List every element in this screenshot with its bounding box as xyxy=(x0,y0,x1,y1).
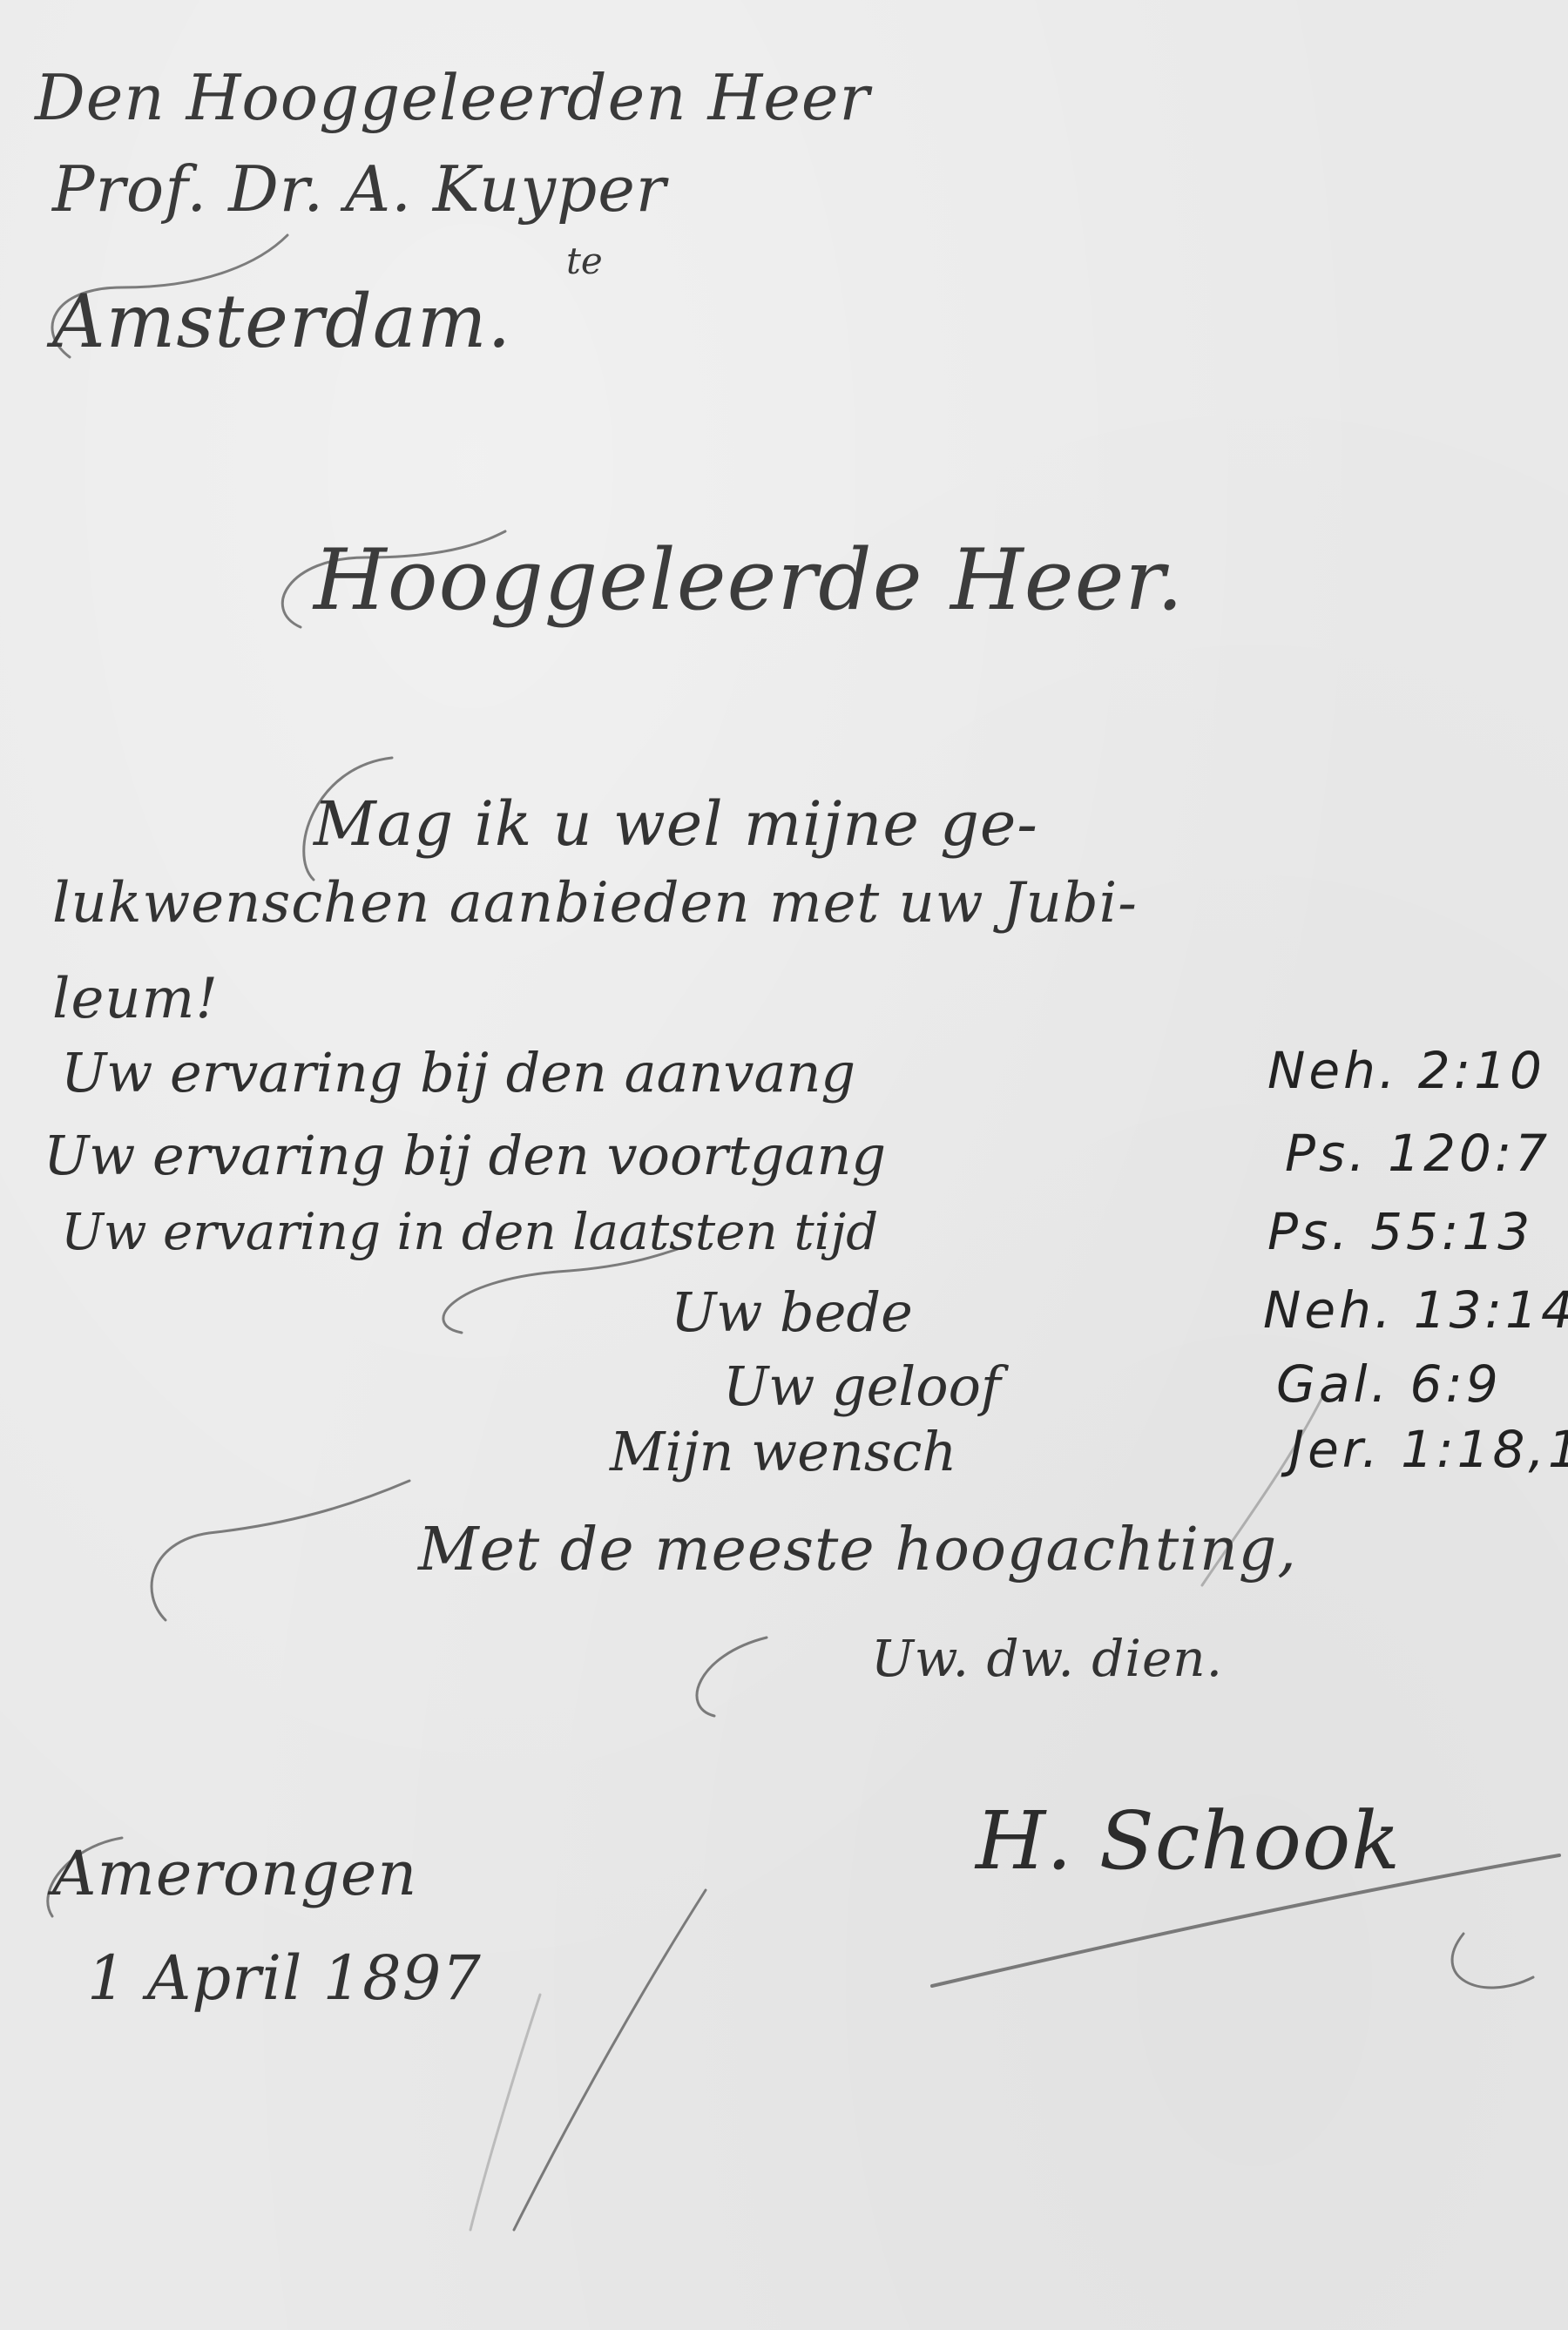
experience-text: Uw bede xyxy=(671,1280,913,1344)
experience-text: Uw ervaring bij den aanvang xyxy=(61,1041,855,1104)
experience-row: Uw ervaring in den laatsten tijd Ps. 55:… xyxy=(0,1202,1568,1289)
experience-row: Uw ervaring bij den aanvang Neh. 2:10 xyxy=(0,1041,1568,1128)
opening-line-1: Mag ik u wel mijne ge- xyxy=(314,788,1038,860)
experience-text: Uw geloof xyxy=(723,1354,1001,1418)
scripture-reference: Gal. 6:9 xyxy=(1276,1354,1502,1414)
letter-place: Amerongen xyxy=(52,1838,417,1909)
scripture-reference: Neh. 13:14 xyxy=(1263,1280,1568,1340)
experience-text: Uw ervaring bij den voortgang xyxy=(44,1124,886,1187)
signature: H. Schook xyxy=(976,1794,1401,1888)
address-te: te xyxy=(566,240,603,282)
address-line-city: Amsterdam. xyxy=(52,279,511,364)
experience-text: Uw ervaring in den laatsten tijd xyxy=(61,1202,878,1261)
scripture-reference: Neh. 2:10 xyxy=(1267,1041,1545,1100)
scripture-reference: Ps. 55:13 xyxy=(1267,1202,1533,1261)
closing-line: Met de meeste hoogachting, xyxy=(418,1516,1297,1584)
experience-row: Uw ervaring bij den voortgang Ps. 120:7 xyxy=(0,1124,1568,1211)
opening-line-3: leum! xyxy=(52,967,219,1031)
scripture-reference: Jer. 1:18,19 xyxy=(1289,1420,1568,1479)
letter-date: 1 April 1897 xyxy=(87,1942,482,2014)
closing-subscription: Uw. dw. dien. xyxy=(871,1629,1223,1688)
experience-text: Mijn wensch xyxy=(610,1420,956,1483)
address-line-recipient-name: Prof. Dr. A. Kuyper xyxy=(52,152,666,226)
opening-line-2: lukwenschen aanbieden met uw Jubi- xyxy=(52,871,1138,935)
salutation: Hooggeleerde Heer. xyxy=(314,531,1184,629)
scripture-reference: Ps. 120:7 xyxy=(1285,1124,1551,1183)
address-line-recipient-title: Den Hooggeleerden Heer xyxy=(35,61,870,134)
experience-row: Mijn wensch Jer. 1:18,19 xyxy=(0,1420,1568,1507)
